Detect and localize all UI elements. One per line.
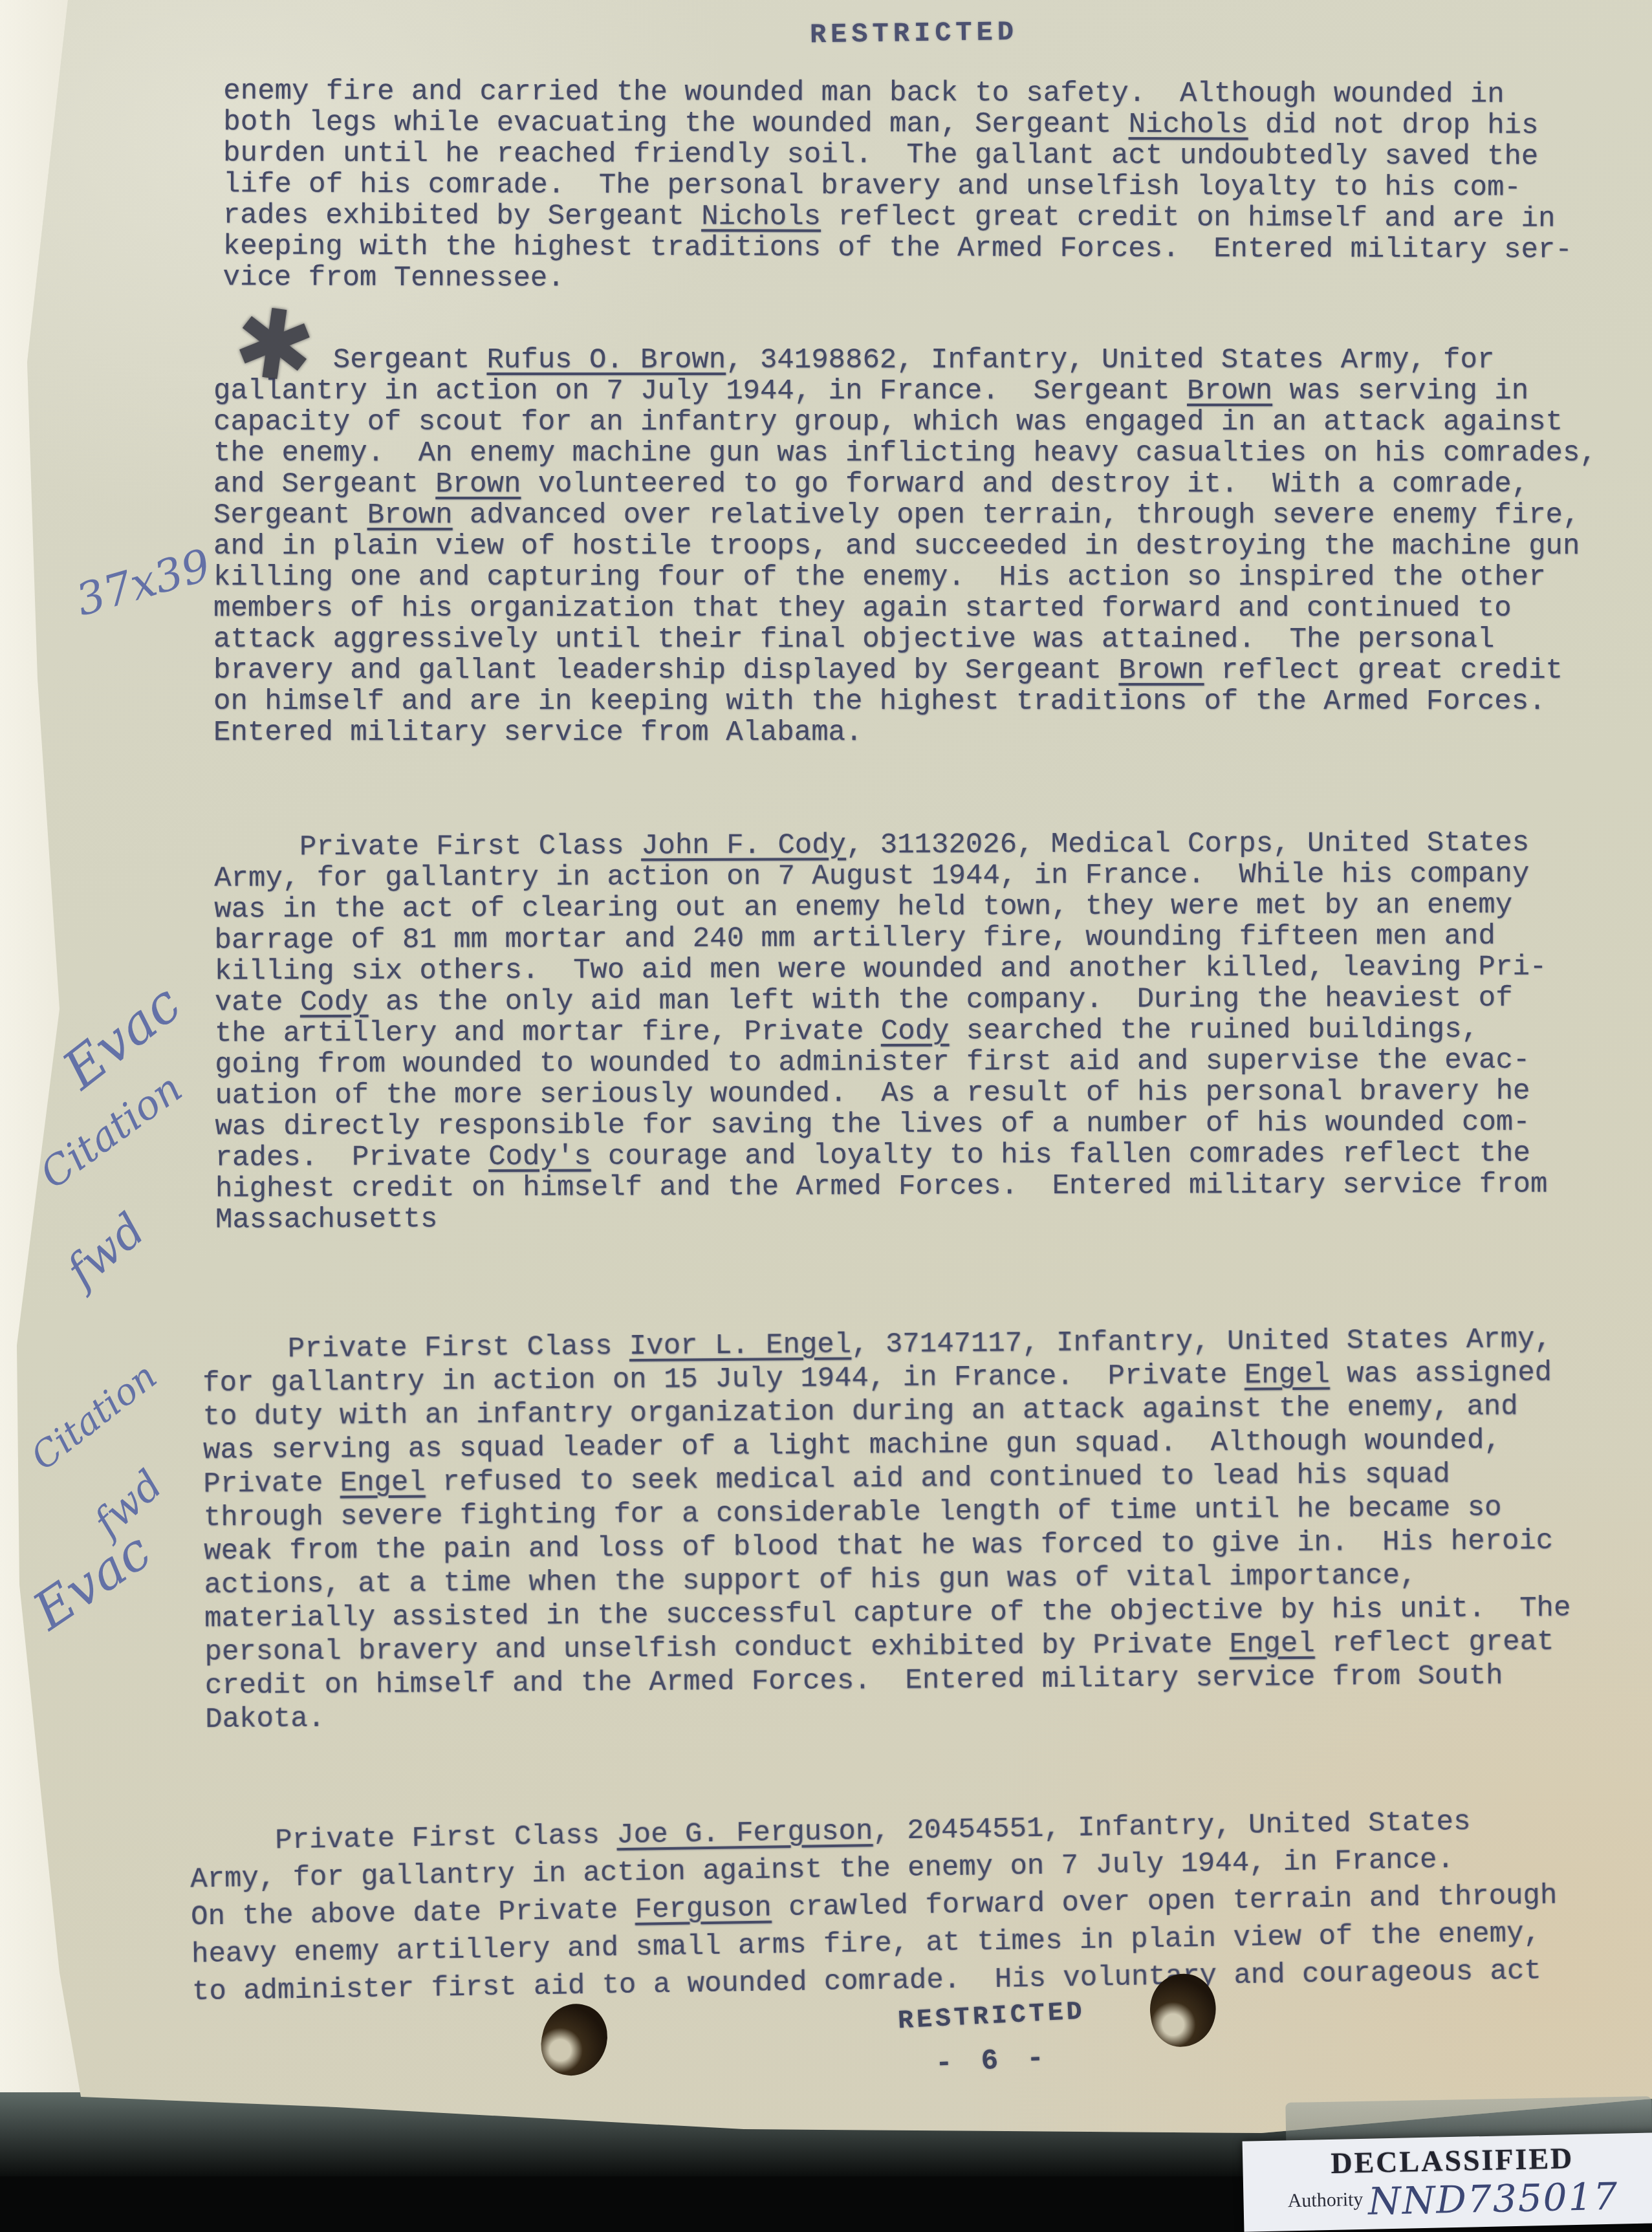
typewritten-line: life of his comrade. The personal braver… — [223, 169, 1572, 203]
scanned-document-photo: RESTRICTED enemy fire and carried the wo… — [0, 0, 1652, 2205]
typewritten-line: Army, for gallantry in action on 7 Augus… — [214, 858, 1547, 894]
typewritten-line: rades exhibited by Sergeant Nichols refl… — [223, 200, 1572, 234]
margin-note-evac-2: Evac — [23, 1521, 162, 1641]
typewritten-line: capacity of scout for an infantry group,… — [213, 407, 1597, 438]
authority-label: Authority — [1287, 2189, 1363, 2205]
citation-paragraph-ferguson: Private First Class Joe G. Ferguson, 204… — [190, 1802, 1559, 2011]
typewritten-line: Private First Class John F. Cody, 311320… — [214, 827, 1547, 863]
typewritten-line: enemy fire and carried the wounded man b… — [223, 76, 1572, 110]
typewritten-line: highest credit on himself and the Armed … — [215, 1169, 1548, 1204]
typewritten-line: bravery and gallant leadership displayed… — [213, 655, 1597, 686]
typewritten-line: vate Cody as the only aid man left with … — [215, 982, 1547, 1018]
typewritten-line: the enemy. An enemy machine gun was infl… — [213, 438, 1597, 469]
typewritten-line: barrage of 81 mm mortar and 240 mm artil… — [214, 920, 1547, 956]
margin-note-fwd-1: fwd — [56, 1203, 155, 1298]
typewritten-line: Sergeant Brown advanced over relatively … — [213, 500, 1597, 531]
typewritten-line: Entered military service from Alabama. — [213, 717, 1597, 748]
typewritten-line: killing six others. Two aid men were wou… — [215, 951, 1547, 987]
typewritten-line: the artillery and mortar fire, Private C… — [215, 1013, 1547, 1049]
document-page: RESTRICTED enemy fire and carried the wo… — [0, 0, 1652, 2205]
page-number: - 6 - — [935, 2042, 1050, 2080]
typewritten-line: keeping with the highest traditions of t… — [223, 231, 1572, 265]
declassified-label: DECLASSIFIED Authority NND735017 — [1243, 2132, 1652, 2205]
typewritten-line: Sergeant Rufus O. Brown, 34198862, Infan… — [213, 345, 1597, 376]
typewritten-line: both legs while evacuating the wounded m… — [223, 107, 1572, 141]
typewritten-line: vice from Tennessee. — [223, 262, 1572, 296]
typewritten-line: was directly responsible for saving the … — [215, 1107, 1547, 1142]
margin-note-citation-2: Citation — [23, 1355, 165, 1479]
typewritten-line: Massachusetts — [215, 1200, 1548, 1235]
typewritten-line: was in the act of clearing out an enemy … — [214, 889, 1547, 925]
typewritten-line: burden until he reached friendly soil. T… — [223, 138, 1572, 172]
citation-paragraph-cody: Private First Class John F. Cody, 311320… — [214, 827, 1548, 1235]
citation-paragraph-engel: Private First Class Ivor L. Engel, 37147… — [202, 1323, 1572, 1737]
handwritten-star-mark: ✱ — [227, 285, 322, 406]
typewritten-line: and in plain view of hostile troops, and… — [213, 531, 1597, 562]
punch-hole-left — [535, 1998, 613, 2082]
citation-paragraph-brown: Sergeant Rufus O. Brown, 34198862, Infan… — [213, 345, 1597, 748]
margin-note-37x39: 37x39 — [71, 539, 216, 626]
classification-stamp-bottom: RESTRICTED — [897, 1997, 1086, 2036]
typewritten-line: uation of the more seriously wounded. As… — [215, 1076, 1547, 1111]
authority-number: NND735017 — [1367, 2174, 1619, 2205]
classification-stamp-top: RESTRICTED — [810, 17, 1019, 50]
typewritten-line: killing one and capturing four of the en… — [213, 562, 1597, 593]
typewritten-line: going from wounded to wounded to adminis… — [215, 1045, 1547, 1080]
typewritten-line: rades. Private Cody's courage and loyalt… — [215, 1138, 1548, 1173]
typewritten-line: and Sergeant Brown volunteered to go for… — [213, 469, 1597, 500]
typewritten-line: members of his organization that they ag… — [213, 593, 1597, 624]
typewritten-line: attack aggressively until their final ob… — [213, 624, 1597, 655]
citation-paragraph-nichols: enemy fire and carried the wounded man b… — [223, 76, 1573, 296]
typewritten-line: gallantry in action on 7 July 1944, in F… — [213, 376, 1597, 407]
typewritten-line: on himself and are in keeping with the h… — [213, 686, 1597, 717]
